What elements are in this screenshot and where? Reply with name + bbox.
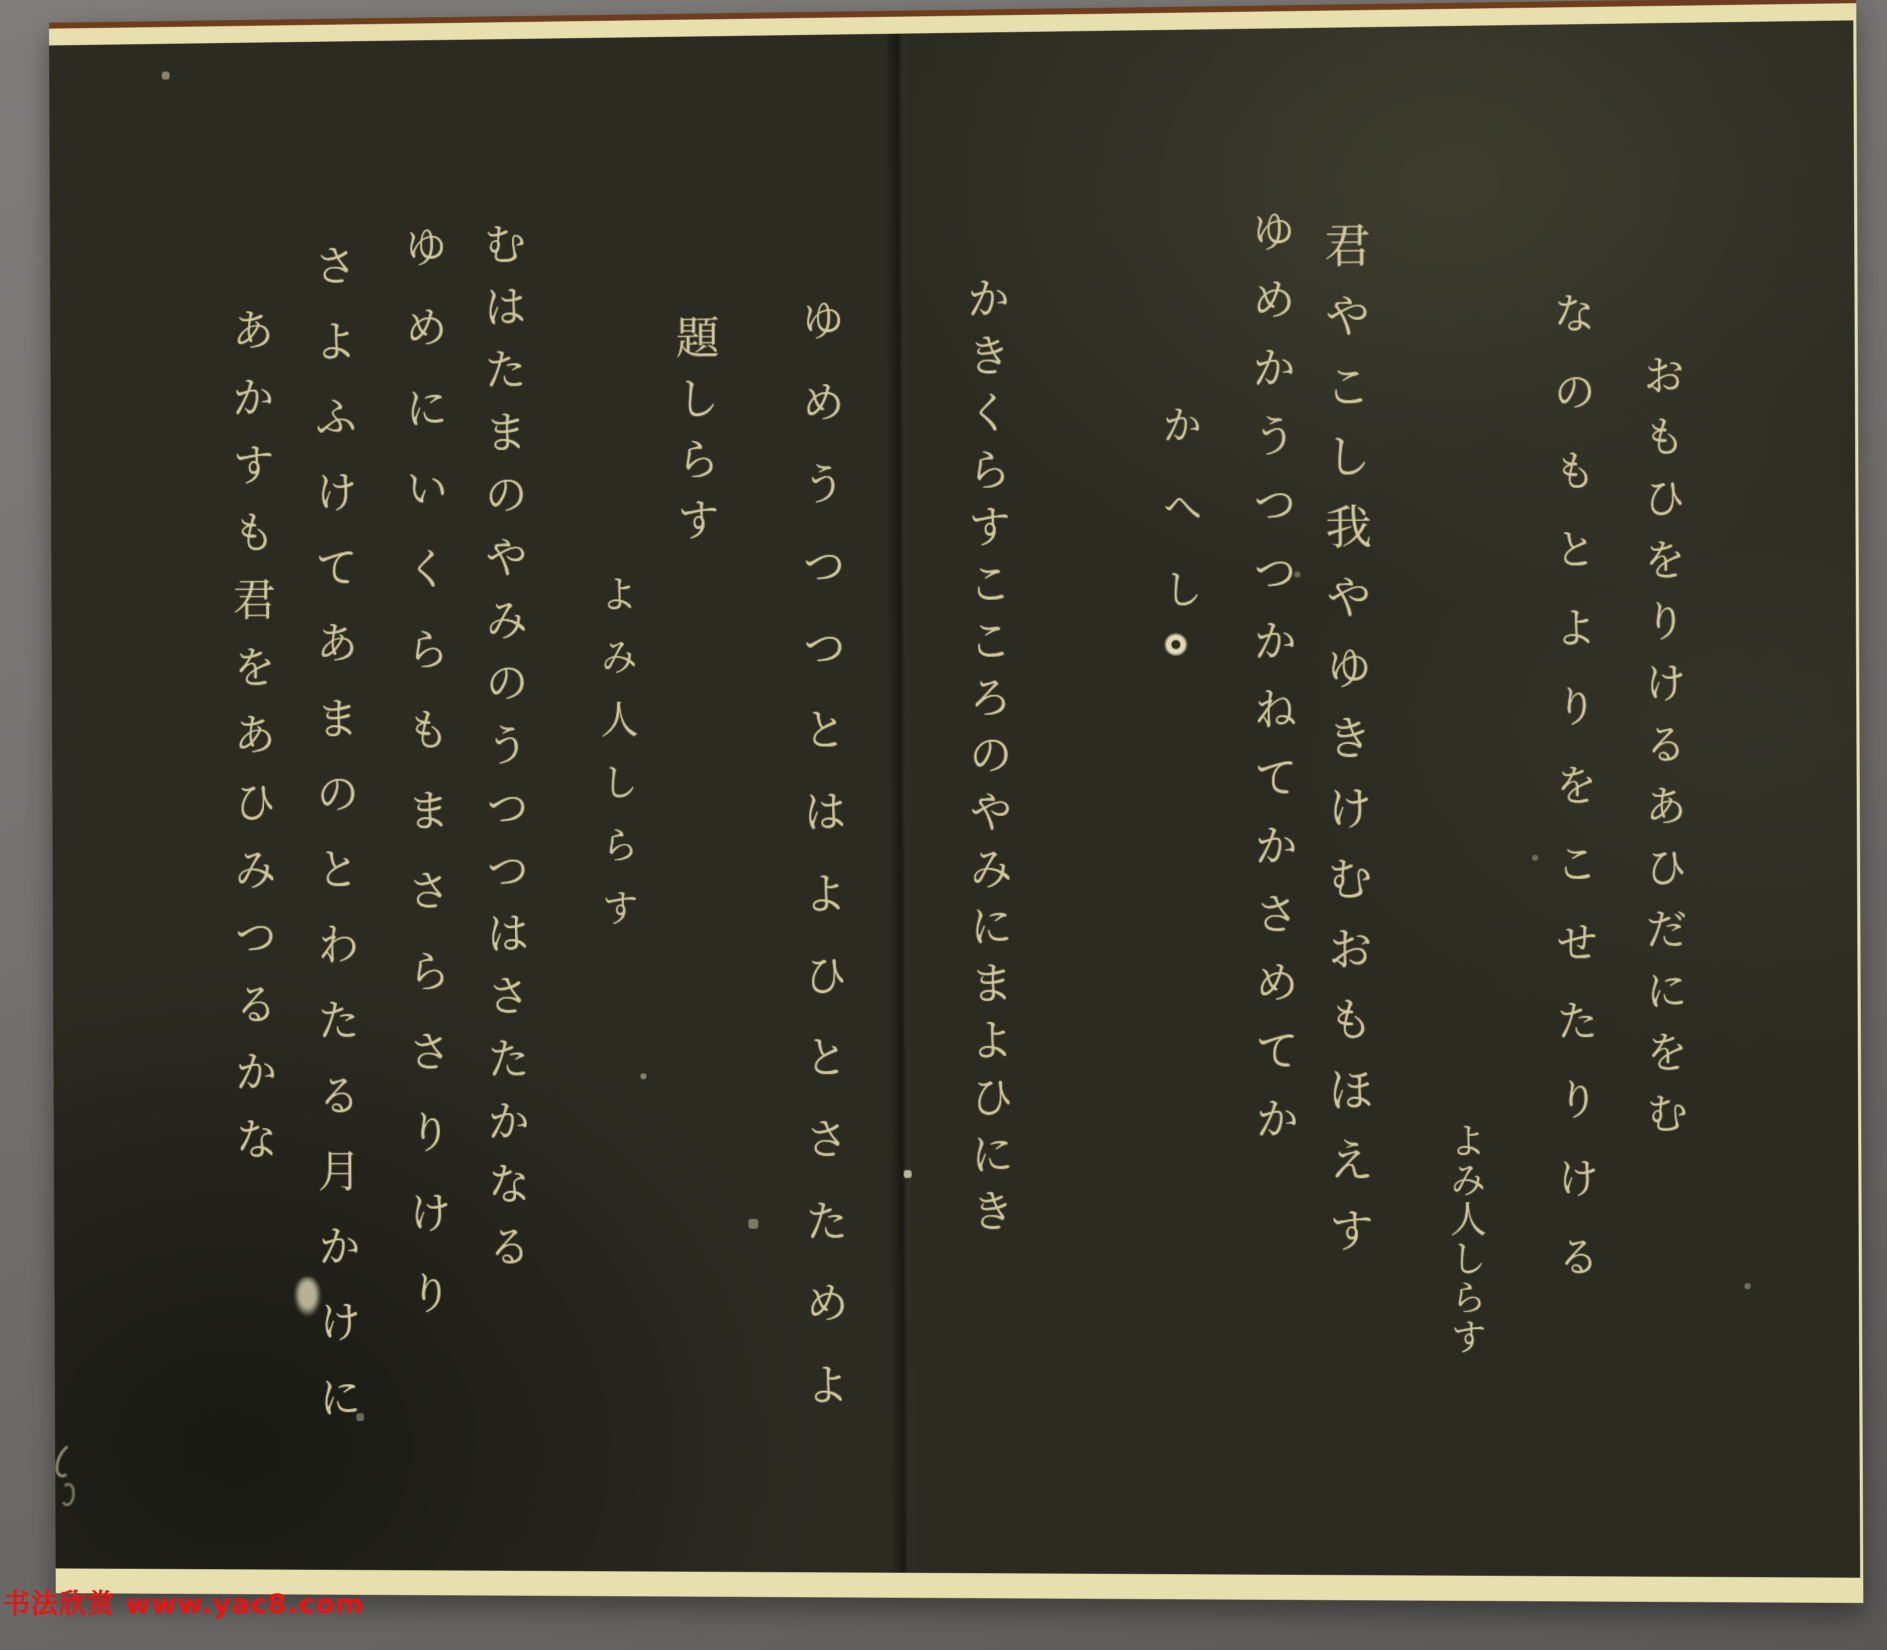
text-column-topic-marker: 題しらす <box>671 314 716 558</box>
text-column-poem-4-line-2: あかすも君をあひみつるかな <box>227 307 274 1184</box>
text-column-kotobagaki-2: なのもとよりをこせたりける <box>1550 291 1597 1313</box>
text-column-poem-1-line-2: ゆめかうつつかねてかさめてか <box>1246 208 1295 1164</box>
text-column-reply-marker: かへし <box>1159 404 1200 651</box>
wormhole-spot <box>1164 632 1188 656</box>
manuscript-page: おもひをりけるあひだにをむ なのもとよりをこせたりける よみ人しらす 君やこし我… <box>49 0 1863 1603</box>
text-column-poem-3-line-2: ゆめにいくらもまさらさりけり <box>399 224 447 1351</box>
text-column-poem-1-line-1: 君やこし我やゆきけむおもほえす <box>1321 221 1372 1276</box>
paper-damage-spot <box>294 1277 322 1317</box>
text-column-poem-3-line-1: むはたまのやみのうつつはさたかなる <box>478 221 526 1286</box>
text-column-poem-2-line-1: かきくらすこころのやみにまよひにき <box>962 275 1010 1245</box>
photograph-background: おもひをりけるあひだにをむ なのもとよりをこせたりける よみ人しらす 君やこし我… <box>0 0 1887 1650</box>
text-column-attribution-2: よみ人しらす <box>597 574 636 951</box>
text-column-attribution-1: よみ人しらす <box>1446 1122 1483 1358</box>
watermark-text: 书法欣赏 www.yac8.com <box>3 1582 364 1621</box>
text-column-poem-2-line-2: ゆめうつつとはよひとさためよ <box>796 297 845 1444</box>
text-column-kotobagaki-1: おもひをりけるあひだにをむ <box>1640 353 1686 1153</box>
text-column-poem-4-line-1: さよふけてあまのとわたる月かけに <box>309 243 358 1450</box>
paper-specks <box>49 29 51 31</box>
center-fold-shadow <box>885 33 920 1572</box>
